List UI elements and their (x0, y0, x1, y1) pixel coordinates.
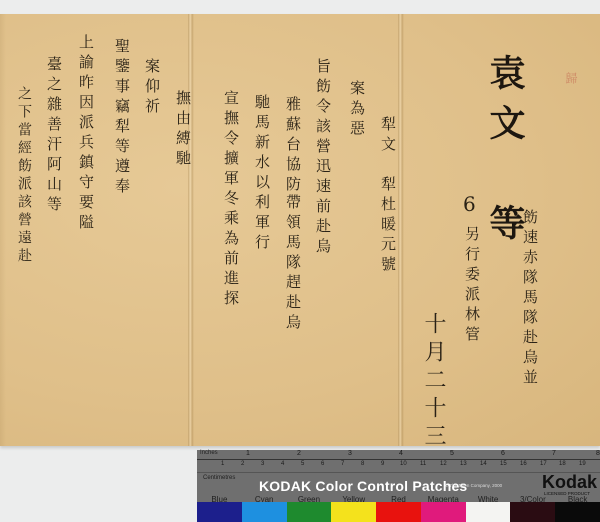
cm-tick: 4 (281, 461, 284, 467)
copyright-text: © The Tiffen Company, 2000 (445, 483, 502, 488)
cm-tick: 14 (480, 461, 487, 467)
kodak-color-control-strip: Inches 1 2 3 4 5 6 7 8 1 2 3 4 5 6 7 8 9… (197, 450, 600, 522)
inch-tick: 8 (596, 450, 600, 457)
patch-red (376, 502, 421, 522)
fold-line-left (188, 14, 194, 446)
inch-tick: 1 (246, 450, 250, 457)
patch-black (555, 502, 600, 522)
cm-tick: 13 (460, 461, 467, 467)
left-column-3: 聖鑒事竊犁等遵奉 (112, 38, 133, 198)
middle-column-4: 雅蘇台協防 (283, 96, 304, 196)
cm-tick: 11 (420, 461, 426, 467)
ruler-line (197, 459, 600, 460)
patch-yellow (331, 502, 376, 522)
right-column-3: 另行委派林管 (462, 226, 483, 346)
cm-tick: 1 (221, 461, 224, 467)
cm-tick: 15 (500, 461, 507, 467)
inch-tick: 7 (552, 450, 556, 457)
middle-column-5: 帶領馬隊趕赴烏 (283, 194, 304, 334)
inch-tick: 6 (501, 450, 505, 457)
cm-tick: 12 (440, 461, 447, 467)
color-patches (197, 502, 600, 522)
inches-label: Inches (200, 450, 218, 456)
cm-tick: 3 (261, 461, 264, 467)
cm-tick: 16 (520, 461, 527, 467)
left-column-6: 之下當經飭派該營遠赴 (14, 86, 34, 266)
cm-tick: 17 (540, 461, 547, 467)
cm-tick: 2 (241, 461, 244, 467)
inch-tick: 3 (348, 450, 352, 457)
patch-white (466, 502, 511, 522)
middle-column-1: 犁文𢖽犁杜暖元號 (378, 116, 399, 276)
patch-cyan (242, 502, 287, 522)
middle-column-2: 案為惡 (347, 80, 368, 140)
ruler: Inches 1 2 3 4 5 6 7 8 1 2 3 4 5 6 7 8 9… (197, 450, 600, 473)
red-seal-mark: 歸 (560, 72, 580, 112)
cm-tick: 8 (361, 461, 364, 467)
left-column-4: 上諭昨因派兵鎮守要隘 (76, 34, 97, 234)
cm-tick: 7 (341, 461, 344, 467)
middle-column-3: 旨飭令該營迅速前赴烏 (313, 58, 334, 258)
cm-tick: 9 (381, 461, 384, 467)
cm-tick: 6 (321, 461, 324, 467)
patch-green (287, 502, 332, 522)
inch-tick: 5 (450, 450, 454, 457)
number-mark: 6 (463, 192, 476, 216)
middle-column-7: 宣撫令擴軍冬乘為前進探 (221, 90, 242, 310)
cm-tick: 5 (301, 461, 304, 467)
patch-magenta (421, 502, 466, 522)
patch-blue (197, 502, 242, 522)
left-column-1: 撫由縛馳 (173, 90, 194, 170)
patch-3color (510, 502, 555, 522)
kodak-title: KODAK Color Control Patches (259, 478, 467, 494)
historical-document: 歸 袁文𢖽等 飭速赤隊馬隊赴烏並 𡖋就任省兵棧宣誓由 6 另行委派林管 十月二十… (0, 14, 600, 446)
right-column-2: 𡖋就任省兵棧宣誓由 (505, 239, 523, 419)
left-column-2: 案仰祈 (142, 58, 163, 118)
centimetres-label: Centimetres (203, 475, 235, 481)
left-column-5: 臺之雜善汗阿山等 (44, 56, 65, 216)
right-column-1: 飭速赤隊馬隊赴烏並 (520, 209, 541, 389)
middle-column-6: 馳馬新水以利軍行 (252, 94, 273, 254)
cm-tick: 19 (579, 461, 586, 467)
cm-tick: 10 (400, 461, 407, 467)
inch-tick: 4 (399, 450, 403, 457)
kodak-logo: Kodak (542, 472, 597, 493)
inch-tick: 2 (297, 450, 301, 457)
cm-tick: 18 (559, 461, 566, 467)
